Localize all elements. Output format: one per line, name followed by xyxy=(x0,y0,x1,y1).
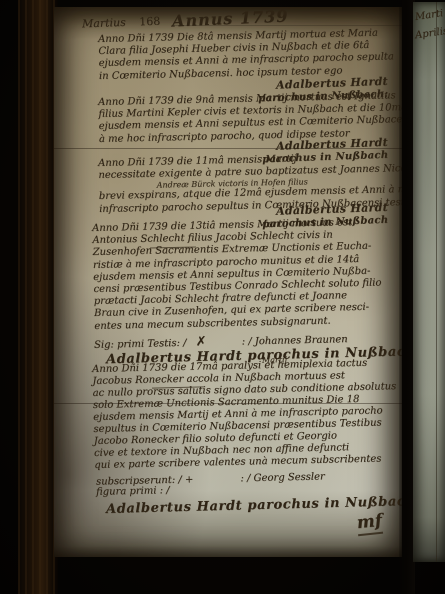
notary-paraph: mf xyxy=(356,511,384,537)
facing-page-word-marti: Marti xyxy=(414,8,443,23)
witness-cross-icon: ✗ xyxy=(189,334,212,350)
header-page-number: 168 xyxy=(129,15,160,29)
manuscript-page: Martius 168 Annus 1739 Anno Dñi 1739 Die… xyxy=(54,7,402,557)
book-wood-edge xyxy=(18,0,58,594)
header-month: Martius xyxy=(82,16,126,31)
witness-label: Sig: primi Testis: / xyxy=(94,338,187,351)
book-photo: Martius 168 Annus 1739 Anno Dñi 1739 Die… xyxy=(0,0,445,594)
burial-entry-4: Anno Dñi 1739 die 13tiâ mensis Martij mo… xyxy=(92,216,394,333)
facing-page-sliver: Marti Aprilis xyxy=(413,2,445,562)
facing-page-rule-line xyxy=(436,2,437,562)
burial-entry-1: Anno Dñi 1739 Die 8tâ mensis Martij mort… xyxy=(98,27,399,83)
burial-entry-5: Anno Dñi 1739 die 17mâ paralysi et hemip… xyxy=(92,357,394,472)
header-year-title: Annus 1739 xyxy=(172,7,289,31)
witness-figura-label: figura primi : / xyxy=(96,485,170,498)
header-month-and-page: Martius 168 xyxy=(82,15,161,31)
witness-countersign: : / Georg Sessler xyxy=(196,471,325,485)
witness-figura-row: figura primi : / xyxy=(96,485,170,498)
facing-page-word-aprilis: Aprilis xyxy=(414,26,445,42)
